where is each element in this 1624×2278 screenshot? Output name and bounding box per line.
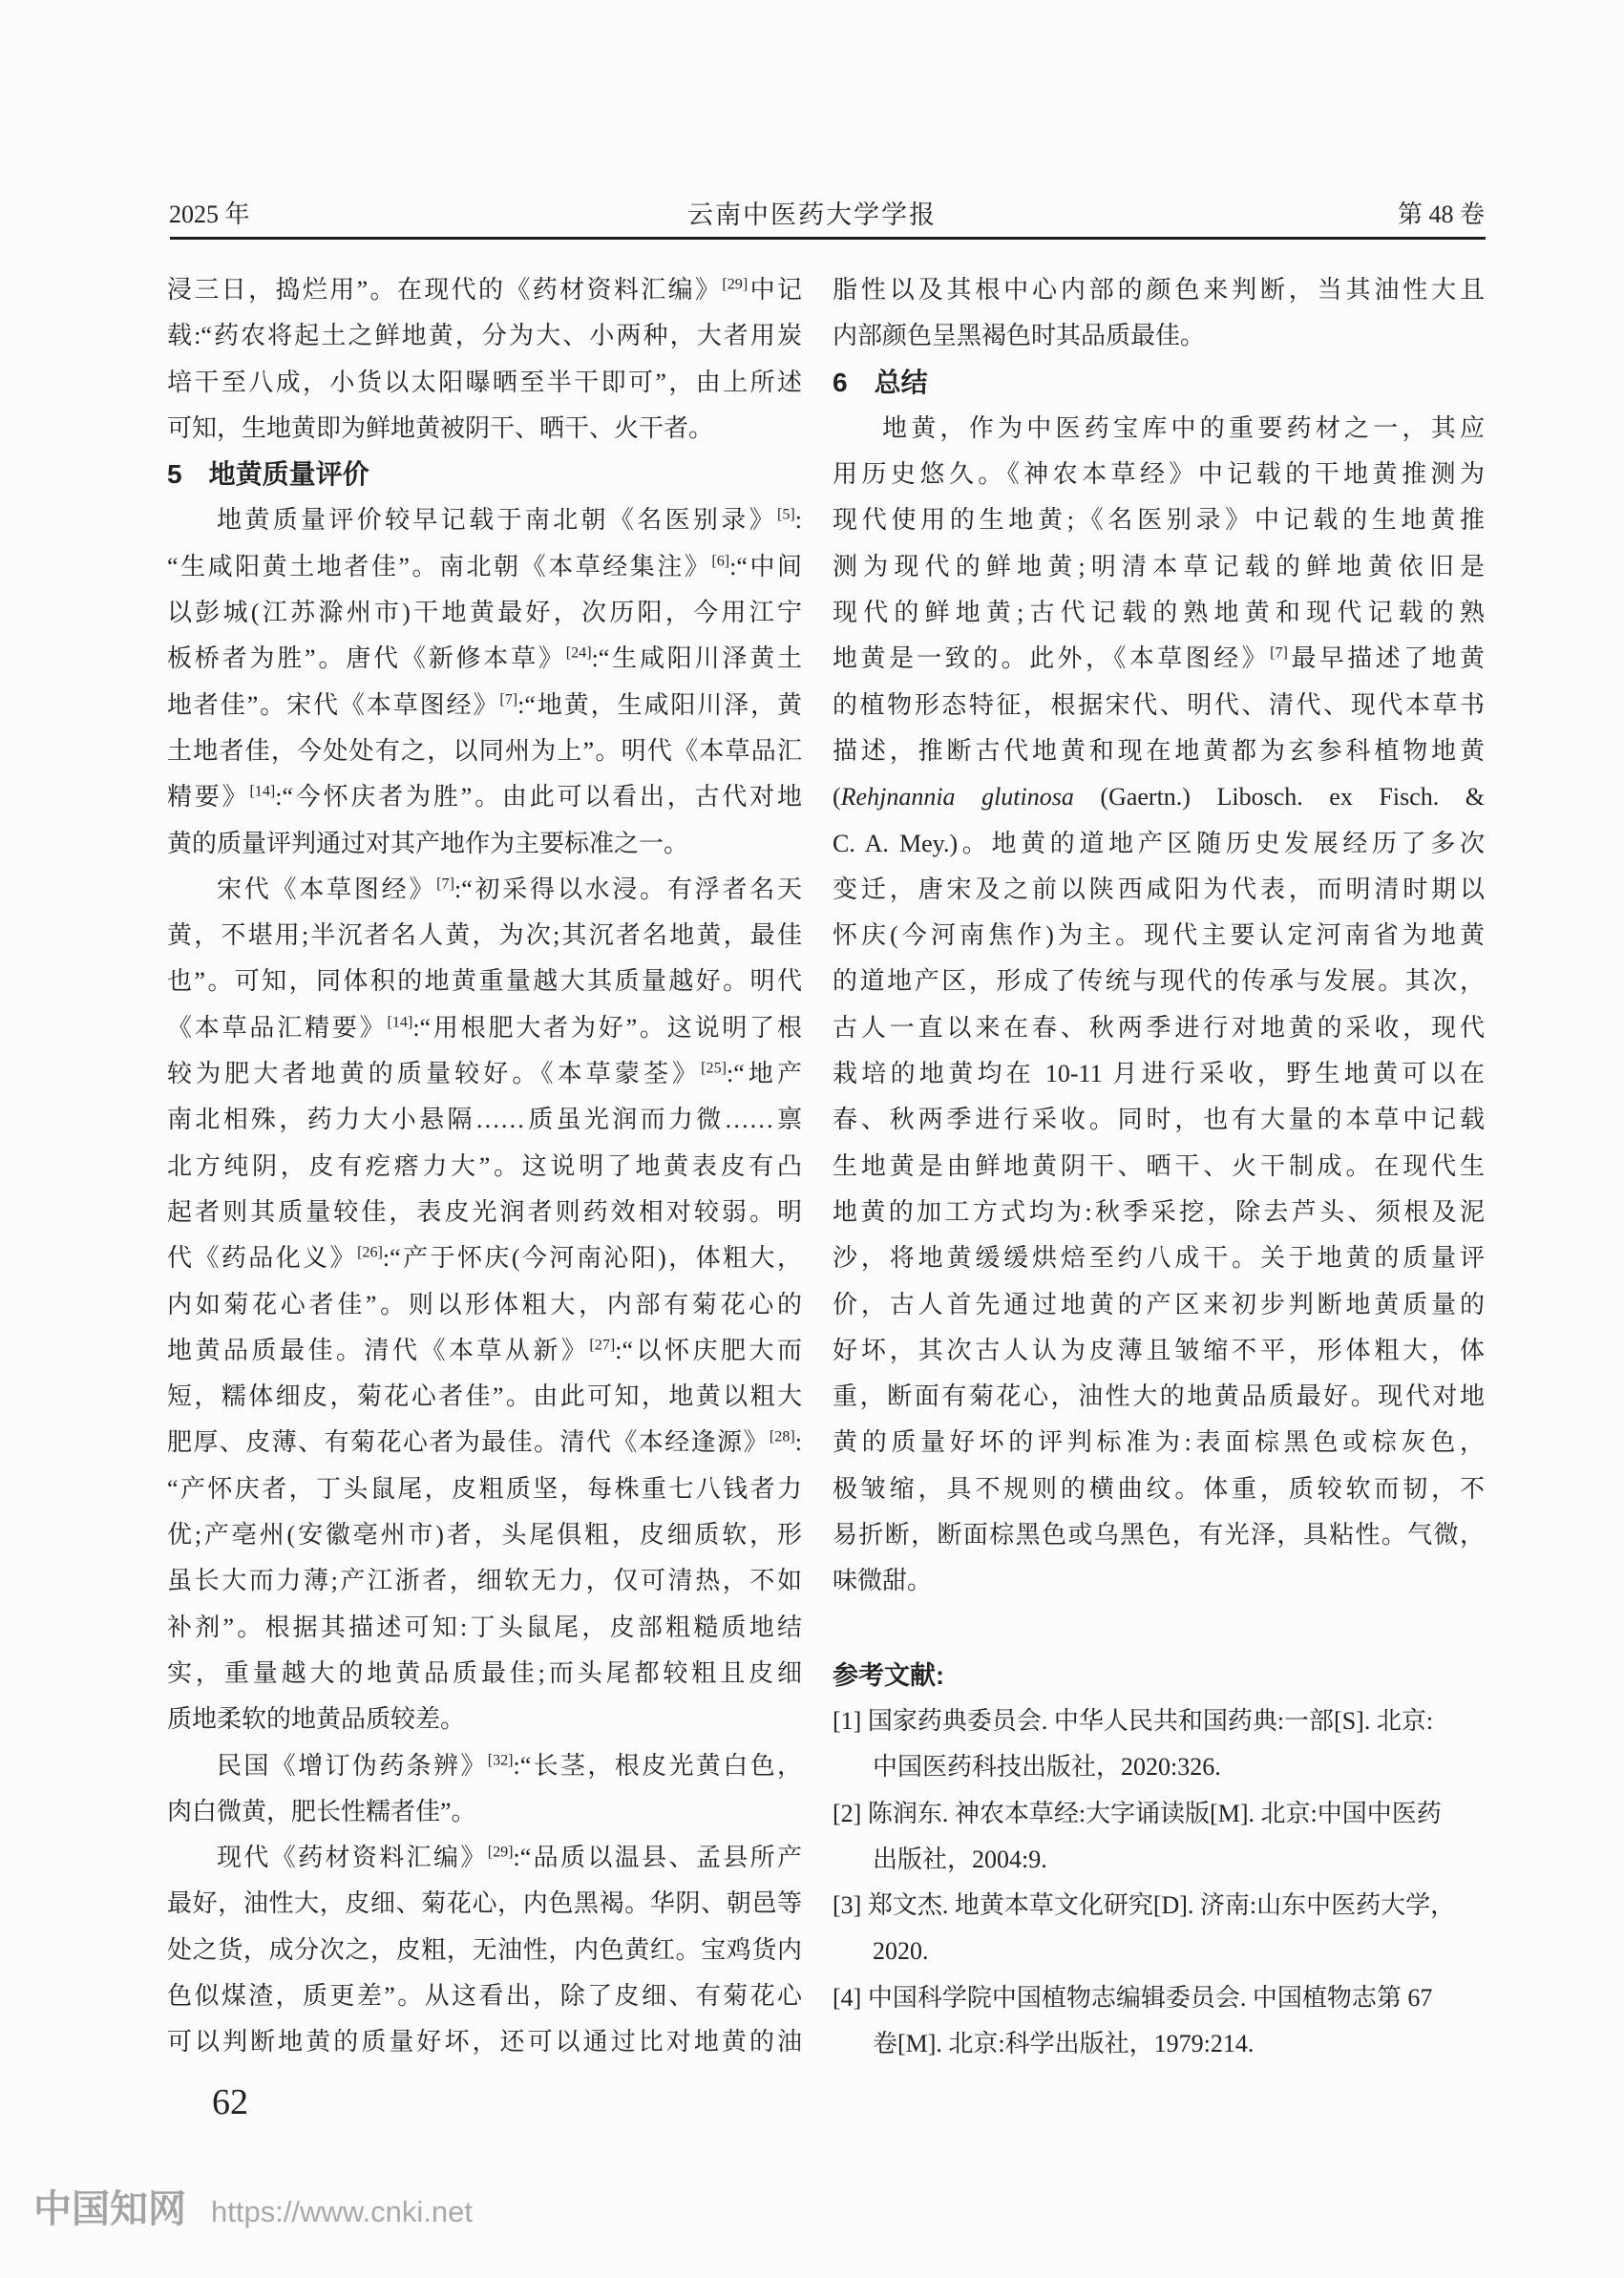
text-line: 地者佳”。宋代《本草图经》[7]:“地黄，生咸阳川泽，黄 [167,683,802,728]
left-column: 浸三日，捣烂用”。在现代的《药材资料汇编》[29]中记载:“药农将起土之鲜地黄，… [167,267,802,2066]
citation-superscript: [7] [1270,645,1288,662]
citation-superscript: [6] [711,553,729,569]
text-line: 起者则其质量较佳，表皮光润者则药效相对较弱。明 [167,1190,802,1235]
citation-superscript: [14] [387,1014,412,1030]
text-line: 味微甜。 [833,1558,1485,1604]
reference-line: [4] 中国科学院中国植物志编辑委员会. 中国植物志第 67 [833,1975,1485,2021]
text-line: 变迁，唐宋及之前以陕西咸阳为代表，而明清时期以 [833,867,1485,913]
text-line: 的道地产区，形成了传统与现代的传承与发展。其次， [833,959,1485,1004]
text-line: 地黄，作为中医药宝库中的重要药材之一，其应 [833,406,1485,452]
text-line: 黄的质量好坏的评判标准为:表面棕黑色或棕灰色， [833,1420,1485,1466]
text-line: 测为现代的鲜地黄;明清本草记载的鲜地黄依旧是 [833,544,1485,590]
text-line: 可知，生地黄即为鲜地黄被阴干、晒干、火干者。 [167,406,802,452]
reference-line: 2020. [833,1929,1485,1974]
text-line: 短，糯体细皮，菊花心者佳”。由此可知，地黄以粗大 [167,1374,802,1420]
citation-superscript: [26] [357,1245,383,1261]
text-line: 黄，不堪用;半沉者名人黄，为次;其沉者名地黄，最佳 [167,913,802,959]
citation-superscript: [28] [770,1429,795,1445]
citation-superscript: [27] [589,1337,615,1353]
text-line: 怀庆(今河南焦作)为主。现代主要认定河南省为地黄 [833,913,1485,959]
reference-line: 出版社，2004:9. [833,1837,1485,1883]
text-line: 现代使用的生地黄;《名医别录》中记载的生地黄推 [833,497,1485,543]
text-line: 肉白微黄，肥长性糯者佳”。 [167,1789,802,1835]
journal-page: 2025 年 云南中医药大学学报 第 48 卷 浸三日，捣烂用”。在现代的《药材… [0,0,1624,2278]
cnki-footer: 中国知网 https://www.cnki.net [33,2179,473,2233]
text-line: 最好，油性大，皮细、菊花心，内色黑褐。华阴、朝邑等 [167,1881,802,1927]
text-line: 土地者佳，今处处有之，以同州为上”。明代《本草品汇 [167,728,802,774]
reference-line: [2] 陈润东. 神农本草经:大字诵读版[M]. 北京:中国中医药 [833,1791,1485,1837]
text-line: 浸三日，捣烂用”。在现代的《药材资料汇编》[29]中记 [167,267,802,313]
text-line: 培干至八成，小货以太阳曝晒至半干即可”，由上所述 [167,360,802,406]
cnki-url: https://www.cnki.net [211,2195,473,2229]
text-line: 的植物形态特征，根据宋代、明代、清代、现代本草书 [833,683,1485,728]
section-heading: 5 地黄质量评价 [167,452,802,497]
text-line: 古人一直以来在春、秋两季进行对地黄的采收，现代 [833,1005,1485,1051]
text-line: 内部颜色呈黑褐色时其品质最佳。 [833,313,1485,359]
header-volume: 第 48 卷 [1398,198,1485,232]
text-line: 栽培的地黄均在 10-11 月进行采收，野生地黄可以在 [833,1051,1485,1097]
text-line: 处之货，成分次之，皮粗，无油性，内色黄红。宝鸡货内 [167,1928,802,1973]
text-line: 现代《药材资料汇编》[29]:“品质以温县、孟县所产 [167,1835,802,1881]
citation-superscript: [7] [436,875,454,892]
text-line: 描述，推断古代地黄和现在地黄都为玄参科植物地黄 [833,728,1485,774]
text-line: 宋代《本草图经》[7]:“初采得以水浸。有浮者名天 [167,867,802,913]
text-line: 虽长大而力薄;产江浙者，细软无力，仅可清热，不如 [167,1558,802,1604]
reference-line: 卷[M]. 北京:科学出版社，1979:214. [833,2021,1485,2067]
text-line: 可以判断地黄的质量好坏，还可以通过比对地黄的油 [167,2019,802,2065]
references-heading: 参考文献: [833,1653,1485,1698]
text-line: 重，断面有菊花心，油性大的地黄品质最好。现代对地 [833,1374,1485,1420]
page-number: 62 [212,2079,248,2125]
citation-superscript: [5] [777,507,795,523]
text-line: 较为肥大者地黄的质量较好。《本草蒙荃》[25]:“地产 [167,1051,802,1097]
text-line: “生咸阳黄土地者佳”。南北朝《本草经集注》[6]:“中间 [167,544,802,590]
text-line: 质地柔软的地黄品质较差。 [167,1697,802,1742]
reference-line: [3] 郑文杰. 地黄本草文化研究[D]. 济南:山东中医药大学， [833,1883,1485,1929]
text-line: 板桥者为胜”。唐代《新修本草》[24]:“生咸阳川泽黄土 [167,636,802,682]
text-line: 沙，将地黄缓缓烘焙至约八成干。关于地黄的质量评 [833,1235,1485,1281]
text-line: 北方纯阴，皮有疙瘩力大”。这说明了地黄表皮有凸 [167,1144,802,1190]
text-line: 内如菊花心者佳”。则以形体粗大，内部有菊花心的 [167,1282,802,1328]
citation-superscript: [32] [488,1752,514,1768]
text-line: 地黄质量评价较早记载于南北朝《名医别录》[5]: [167,497,802,543]
text-line: 南北相殊，药力大小悬隔……质虽光润而力微……禀 [167,1097,802,1143]
text-line: 春、秋两季进行采收。同时，也有大量的本草中记载 [833,1097,1485,1143]
header-rule [170,237,1486,240]
text-line: 《本草品汇精要》[14]:“用根肥大者为好”。这说明了根 [167,1005,802,1051]
text-line: 代《药品化义》[26]:“产于怀庆(今河南沁阳)，体粗大， [167,1235,802,1281]
text-line: 用历史悠久。《神农本草经》中记载的干地黄推测为 [833,452,1485,497]
text-line: 黄的质量评判通过对其产地作为主要标准之一。 [167,821,802,867]
citation-superscript: [7] [499,691,517,707]
text-line: C. A. Mey.)。地黄的道地产区随历史发展经历了多次 [833,821,1485,867]
text-line: 地黄的加工方式均为:秋季采挖，除去芦头、须根及泥 [833,1190,1485,1235]
text-line: 地黄是一致的。此外，《本草图经》[7]最早描述了地黄 [833,636,1485,682]
citation-superscript: [14] [249,784,275,800]
text-line: (Rehjnannia glutinosa (Gaertn.) Libosch.… [833,774,1485,820]
text-line: 实，重量越大的地黄品质最佳;而头尾都较粗且皮细 [167,1651,802,1697]
cnki-logo: 中国知网 [33,2179,186,2233]
header-journal-title: 云南中医药大学学报 [0,198,1624,232]
text-line: 肥厚、皮薄、有菊花心者为最佳。清代《本经逢源》[28]: [167,1420,802,1466]
text-line: 地黄品质最佳。清代《本草从新》[27]:“以怀庆肥大而 [167,1328,802,1374]
text-line: 优;产亳州(安徽亳州市)者，头尾俱粗，皮细质软，形 [167,1512,802,1558]
text-line: 价，古人首先通过地黄的产区来初步判断地黄质量的 [833,1282,1485,1328]
text-line: 现代的鲜地黄;古代记载的熟地黄和现代记载的熟 [833,590,1485,636]
text-line: 极皱缩，具不规则的横曲纹。体重，质较软而韧，不 [833,1466,1485,1512]
citation-superscript: [29] [488,1844,514,1860]
text-line: 民国《增订伪药条辨》[32]:“长茎，根皮光黄白色， [167,1743,802,1789]
citation-superscript: [24] [566,645,592,662]
text-line: “产怀庆者，丁头鼠尾，皮粗质坚，每株重七八钱者力 [167,1466,802,1512]
text-line: 脂性以及其根中心内部的颜色来判断，当其油性大且 [833,267,1485,313]
section-heading: 6 总结 [833,360,1485,406]
citation-superscript: [29] [722,276,748,292]
reference-line: [1] 国家药典委员会. 中华人民共和国药典:一部[S]. 北京: [833,1698,1485,1744]
text-line: 精要》[14]:“今怀庆者为胜”。由此可以看出，古代对地 [167,774,802,820]
text-line: 易折断，断面棕黑色或乌黑色，有光泽，具粘性。气微， [833,1512,1485,1558]
citation-superscript: [25] [701,1060,727,1076]
text-line: 色似煤渣，质更差”。从这看出，除了皮细、有菊花心 [167,1973,802,2019]
text-line: 也”。可知，同体积的地黄重量越大其质量越好。明代 [167,959,802,1004]
right-column: 脂性以及其根中心内部的颜色来判断，当其油性大且内部颜色呈黑褐色时其品质最佳。6 … [833,267,1485,2067]
text-line: 载:“药农将起土之鲜地黄，分为大、小两种，大者用炭 [167,313,802,359]
text-line: 以彭城(江苏滁州市)干地黄最好，次历阳，今用江宁 [167,590,802,636]
text-line: 补剂”。根据其描述可知:丁头鼠尾，皮部粗糙质地结 [167,1605,802,1651]
reference-line: 中国医药科技出版社，2020:326. [833,1744,1485,1790]
text-line: 生地黄是由鲜地黄阴干、晒干、火干制成。在现代生 [833,1144,1485,1190]
text-line: 好坏，其次古人认为皮薄且皱缩不平，形体粗大，体 [833,1328,1485,1374]
